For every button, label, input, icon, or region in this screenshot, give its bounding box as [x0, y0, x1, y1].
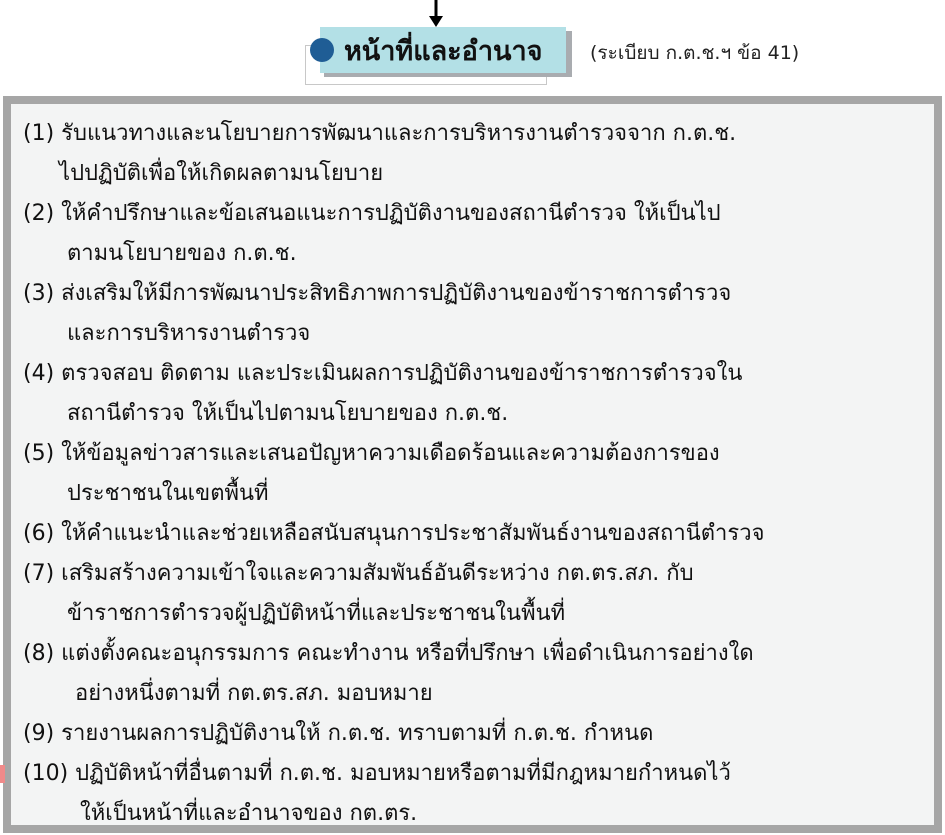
item-continuation: ข้าราชการตำรวจผู้ปฏิบัติหน้าที่และประชาช…	[23, 594, 930, 634]
item-first-line: (1) รับแนวทางและนโยบายการพัฒนาและการบริห…	[23, 114, 930, 154]
item-first-line: (8) แต่งตั้งคณะอนุกรรมการ คณะทำงาน หรือท…	[23, 634, 930, 674]
item-first-line: (5) ให้ข้อมูลข่าวสารและเสนอปัญหาความเดือ…	[23, 434, 930, 474]
list-item: (1) รับแนวทางและนโยบายการพัฒนาและการบริห…	[23, 114, 930, 194]
item-number: (1)	[23, 114, 54, 154]
item-continuation: ประชาชนในเขตพื้นที่	[23, 474, 930, 514]
duties-list: (1) รับแนวทางและนโยบายการพัฒนาและการบริห…	[23, 114, 930, 834]
item-number: (5)	[23, 434, 54, 474]
list-item: (4) ตรวจสอบ ติดตาม และประเมินผลการปฏิบัต…	[23, 354, 930, 434]
item-text: ให้คำแนะนำและช่วยเหลือสนับสนุนการประชาสั…	[61, 521, 764, 546]
watermark-fragment	[0, 765, 5, 783]
item-continuation: อย่างหนึ่งตามที่ กต.ตร.สภ. มอบหมาย	[23, 674, 930, 714]
item-first-line: (9) รายงานผลการปฏิบัติงานให้ ก.ต.ช. ทราบ…	[23, 714, 930, 754]
item-first-line: (2) ให้คำปรึกษาและข้อเสนอแนะการปฏิบัติงา…	[23, 194, 930, 234]
duties-content-box: (1) รับแนวทางและนโยบายการพัฒนาและการบริห…	[3, 96, 942, 833]
item-text: ปฏิบัติหน้าที่อื่นตามที่ ก.ต.ช. มอบหมายห…	[75, 761, 731, 786]
list-item: (2) ให้คำปรึกษาและข้อเสนอแนะการปฏิบัติงา…	[23, 194, 930, 274]
item-text: รับแนวทางและนโยบายการพัฒนาและการบริหารงา…	[61, 121, 736, 146]
item-text: ส่งเสริมให้มีการพัฒนาประสิทธิภาพการปฏิบั…	[61, 281, 731, 306]
item-first-line: (10) ปฏิบัติหน้าที่อื่นตามที่ ก.ต.ช. มอบ…	[23, 754, 930, 794]
page-title: หน้าที่และอำนาจ	[344, 29, 542, 72]
item-continuation: ตามนโยบายของ ก.ต.ช.	[23, 234, 930, 274]
item-text: รายงานผลการปฏิบัติงานให้ ก.ต.ช. ทราบตามท…	[61, 721, 653, 746]
item-number: (6)	[23, 514, 54, 554]
list-item: (8) แต่งตั้งคณะอนุกรรมการ คณะทำงาน หรือท…	[23, 634, 930, 714]
item-number: (4)	[23, 354, 54, 394]
item-first-line: (4) ตรวจสอบ ติดตาม และประเมินผลการปฏิบัต…	[23, 354, 930, 394]
circle-bullet-icon	[310, 38, 334, 62]
item-number: (2)	[23, 194, 54, 234]
item-text: เสริมสร้างความเข้าใจและความสัมพันธ์อันดี…	[61, 561, 693, 586]
item-number: (7)	[23, 554, 54, 594]
item-text: ให้ข้อมูลข่าวสารและเสนอปัญหาความเดือดร้อ…	[61, 441, 720, 466]
item-number: (10)	[23, 754, 68, 794]
item-continuation: ไปปฏิบัติเพื่อให้เกิดผลตามนโยบาย	[23, 154, 930, 194]
list-item: (5) ให้ข้อมูลข่าวสารและเสนอปัญหาความเดือ…	[23, 434, 930, 514]
item-number: (8)	[23, 634, 54, 674]
list-item: (7) เสริมสร้างความเข้าใจและความสัมพันธ์อ…	[23, 554, 930, 634]
item-first-line: (7) เสริมสร้างความเข้าใจและความสัมพันธ์อ…	[23, 554, 930, 594]
item-first-line: (3) ส่งเสริมให้มีการพัฒนาประสิทธิภาพการป…	[23, 274, 930, 314]
item-text: ตรวจสอบ ติดตาม และประเมินผลการปฏิบัติงาน…	[61, 361, 742, 386]
item-number: (9)	[23, 714, 54, 754]
regulation-reference: (ระเบียบ ก.ต.ช.ฯ ข้อ 41)	[590, 38, 799, 68]
title-box: หน้าที่และอำนาจ	[320, 27, 566, 73]
list-item: (9) รายงานผลการปฏิบัติงานให้ ก.ต.ช. ทราบ…	[23, 714, 930, 754]
item-text: แต่งตั้งคณะอนุกรรมการ คณะทำงาน หรือที่ปร…	[61, 641, 753, 666]
arrow-down-icon	[428, 0, 444, 28]
item-text: ให้คำปรึกษาและข้อเสนอแนะการปฏิบัติงานของ…	[61, 201, 720, 226]
item-continuation: ให้เป็นหน้าที่และอำนาจของ กต.ตร.	[23, 794, 930, 834]
list-item: (6) ให้คำแนะนำและช่วยเหลือสนับสนุนการประ…	[23, 514, 930, 554]
list-item: (10) ปฏิบัติหน้าที่อื่นตามที่ ก.ต.ช. มอบ…	[23, 754, 930, 834]
item-continuation: และการบริหารงานตำรวจ	[23, 314, 930, 354]
item-number: (3)	[23, 274, 54, 314]
item-first-line: (6) ให้คำแนะนำและช่วยเหลือสนับสนุนการประ…	[23, 514, 930, 554]
list-item: (3) ส่งเสริมให้มีการพัฒนาประสิทธิภาพการป…	[23, 274, 930, 354]
item-continuation: สถานีตำรวจ ให้เป็นไปตามนโยบายของ ก.ต.ช.	[23, 394, 930, 434]
